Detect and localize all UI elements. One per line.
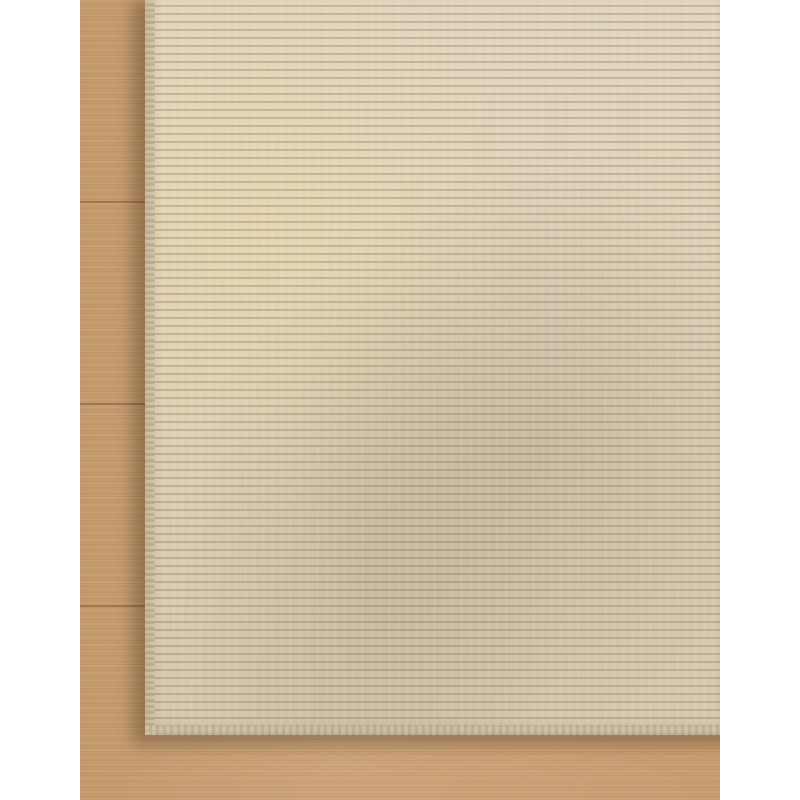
rug-bottom-edge bbox=[145, 725, 720, 735]
rug bbox=[145, 0, 720, 735]
product-photo bbox=[80, 0, 720, 800]
rug-left-edge bbox=[145, 0, 155, 735]
